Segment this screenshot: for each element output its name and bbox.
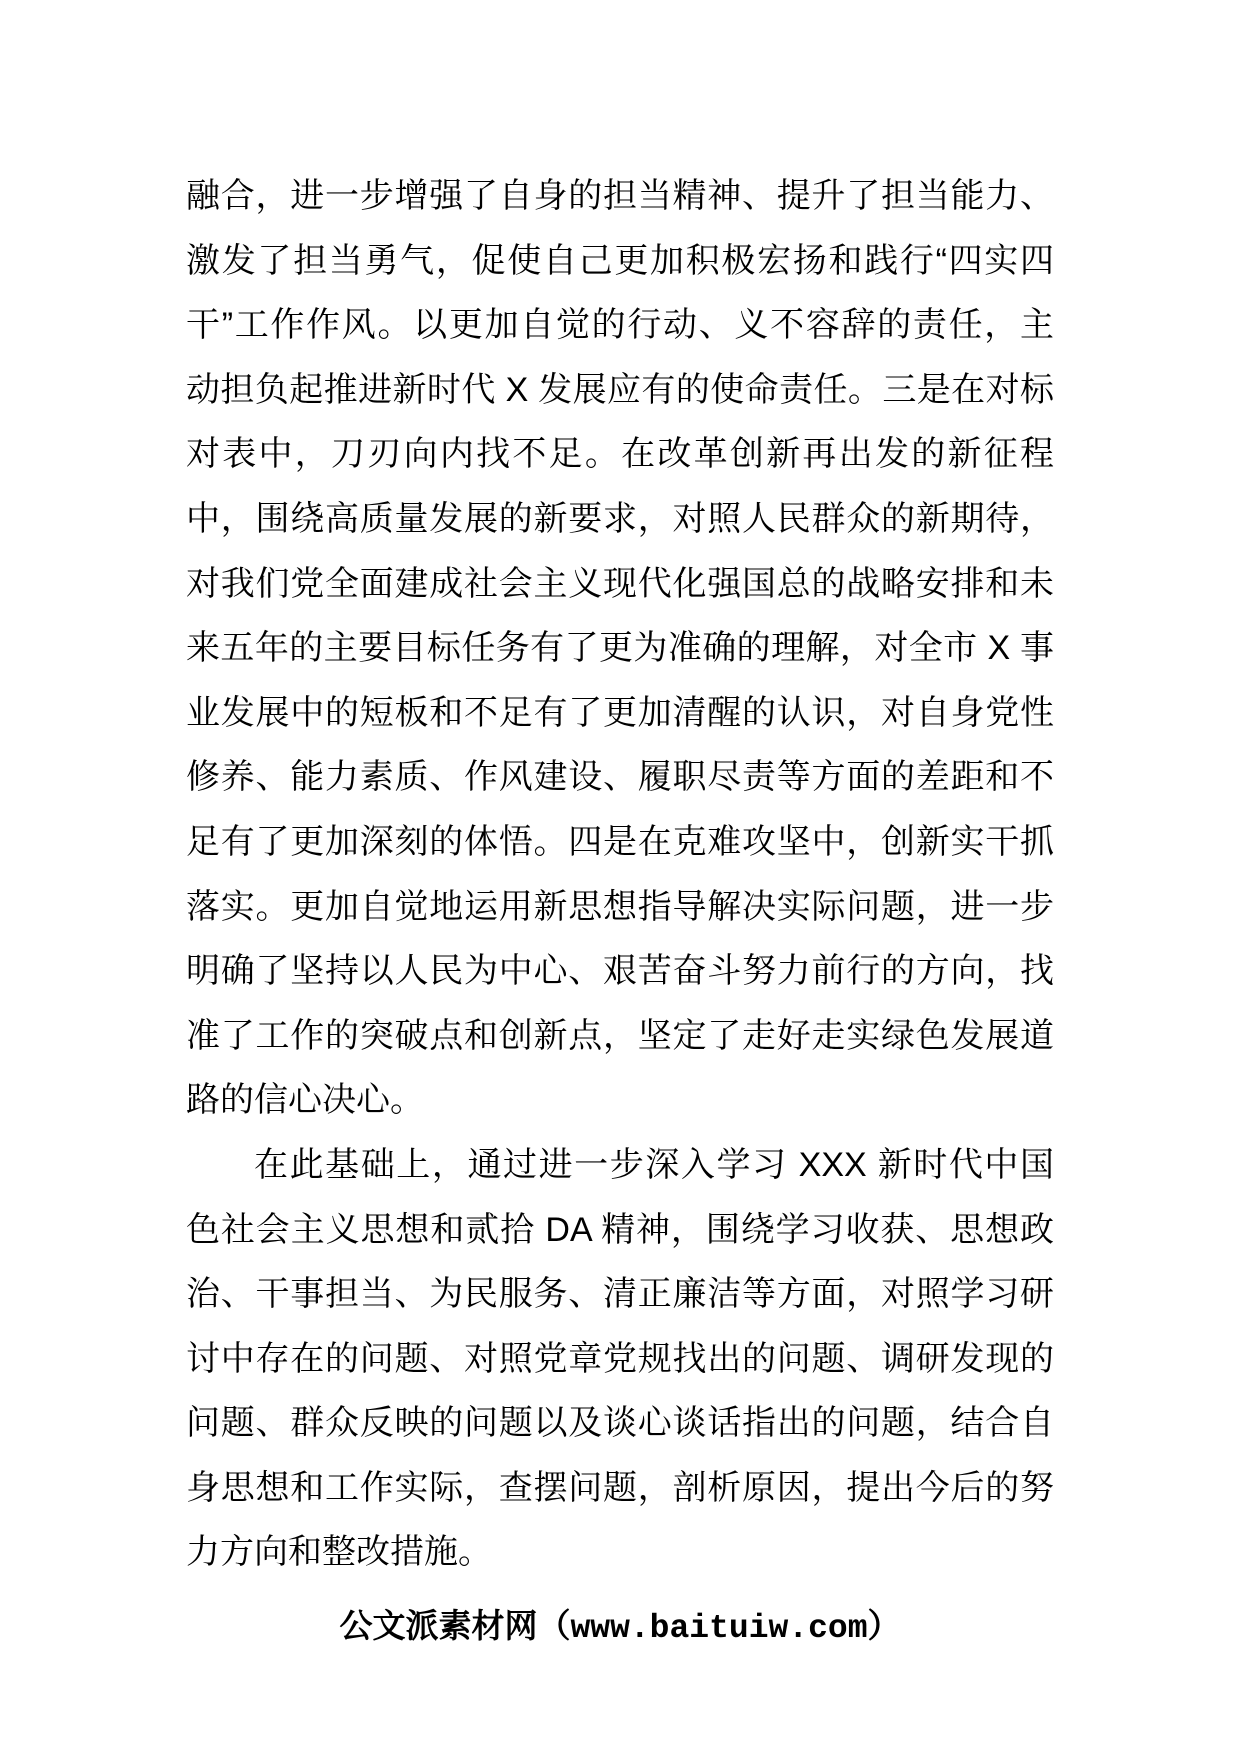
footer-url: www.baituiw.com bbox=[570, 1610, 867, 1647]
text-line: 激发了担当勇气，促使自己更加积极宏扬和践行“四实四 bbox=[186, 229, 1054, 294]
text-line: 力方向和整改措施。 bbox=[186, 1520, 1054, 1585]
document-body: 融合，进一步增强了自身的担当精神、提升了担当能力、激发了担当勇气，促使自己更加积… bbox=[186, 164, 1054, 1585]
text-line: 业发展中的短板和不足有了更加清醒的认识，对自身党性 bbox=[186, 681, 1054, 746]
text-line: 修养、能力素质、作风建设、履职尽责等方面的差距和不 bbox=[186, 745, 1054, 810]
text-line: 干”工作作风。以更加自觉的行动、义不容辞的责任，主 bbox=[186, 293, 1054, 358]
document-page: 融合，进一步增强了自身的担当精神、提升了担当能力、激发了担当勇气，促使自己更加积… bbox=[0, 0, 1240, 1754]
page-footer: 公文派素材网（www.baituiw.com） bbox=[0, 1605, 1240, 1651]
text-line: 在此基础上，通过进一步深入学习 XXX 新时代中国特 bbox=[186, 1133, 1054, 1198]
text-line: 讨中存在的问题、对照党章党规找出的问题、调研发现的 bbox=[186, 1327, 1054, 1392]
text-line: 融合，进一步增强了自身的担当精神、提升了担当能力、 bbox=[186, 164, 1054, 229]
text-line: 中，围绕高质量发展的新要求，对照人民群众的新期待， bbox=[186, 487, 1054, 552]
text-line: 色社会主义思想和贰拾 DA 精神，围绕学习收获、思想政 bbox=[186, 1198, 1054, 1263]
footer-site-name: 公文派素材网（ bbox=[339, 1609, 570, 1645]
text-line: 治、干事担当、为民服务、清正廉洁等方面，对照学习研 bbox=[186, 1262, 1054, 1327]
text-line: 对我们党全面建成社会主义现代化强国总的战略安排和未 bbox=[186, 552, 1054, 617]
footer-closing-paren: ） bbox=[868, 1609, 901, 1645]
text-line: 身思想和工作实际，查摆问题，剖析原因，提出今后的努 bbox=[186, 1456, 1054, 1521]
text-line: 落实。更加自觉地运用新思想指导解决实际问题，进一步 bbox=[186, 875, 1054, 940]
text-line: 问题、群众反映的问题以及谈心谈话指出的问题，结合自 bbox=[186, 1391, 1054, 1456]
text-line: 足有了更加深刻的体悟。四是在克难攻坚中，创新实干抓 bbox=[186, 810, 1054, 875]
text-line: 来五年的主要目标任务有了更为准确的理解，对全市 X 事 bbox=[186, 616, 1054, 681]
text-line: 动担负起推进新时代 X 发展应有的使命责任。三是在对标 bbox=[186, 358, 1054, 423]
text-line: 路的信心决心。 bbox=[186, 1068, 1054, 1133]
text-line: 对表中，刀刃向内找不足。在改革创新再出发的新征程 bbox=[186, 422, 1054, 487]
text-line: 明确了坚持以人民为中心、艰苦奋斗努力前行的方向，找 bbox=[186, 939, 1054, 1004]
text-line: 准了工作的突破点和创新点，坚定了走好走实绿色发展道 bbox=[186, 1004, 1054, 1069]
